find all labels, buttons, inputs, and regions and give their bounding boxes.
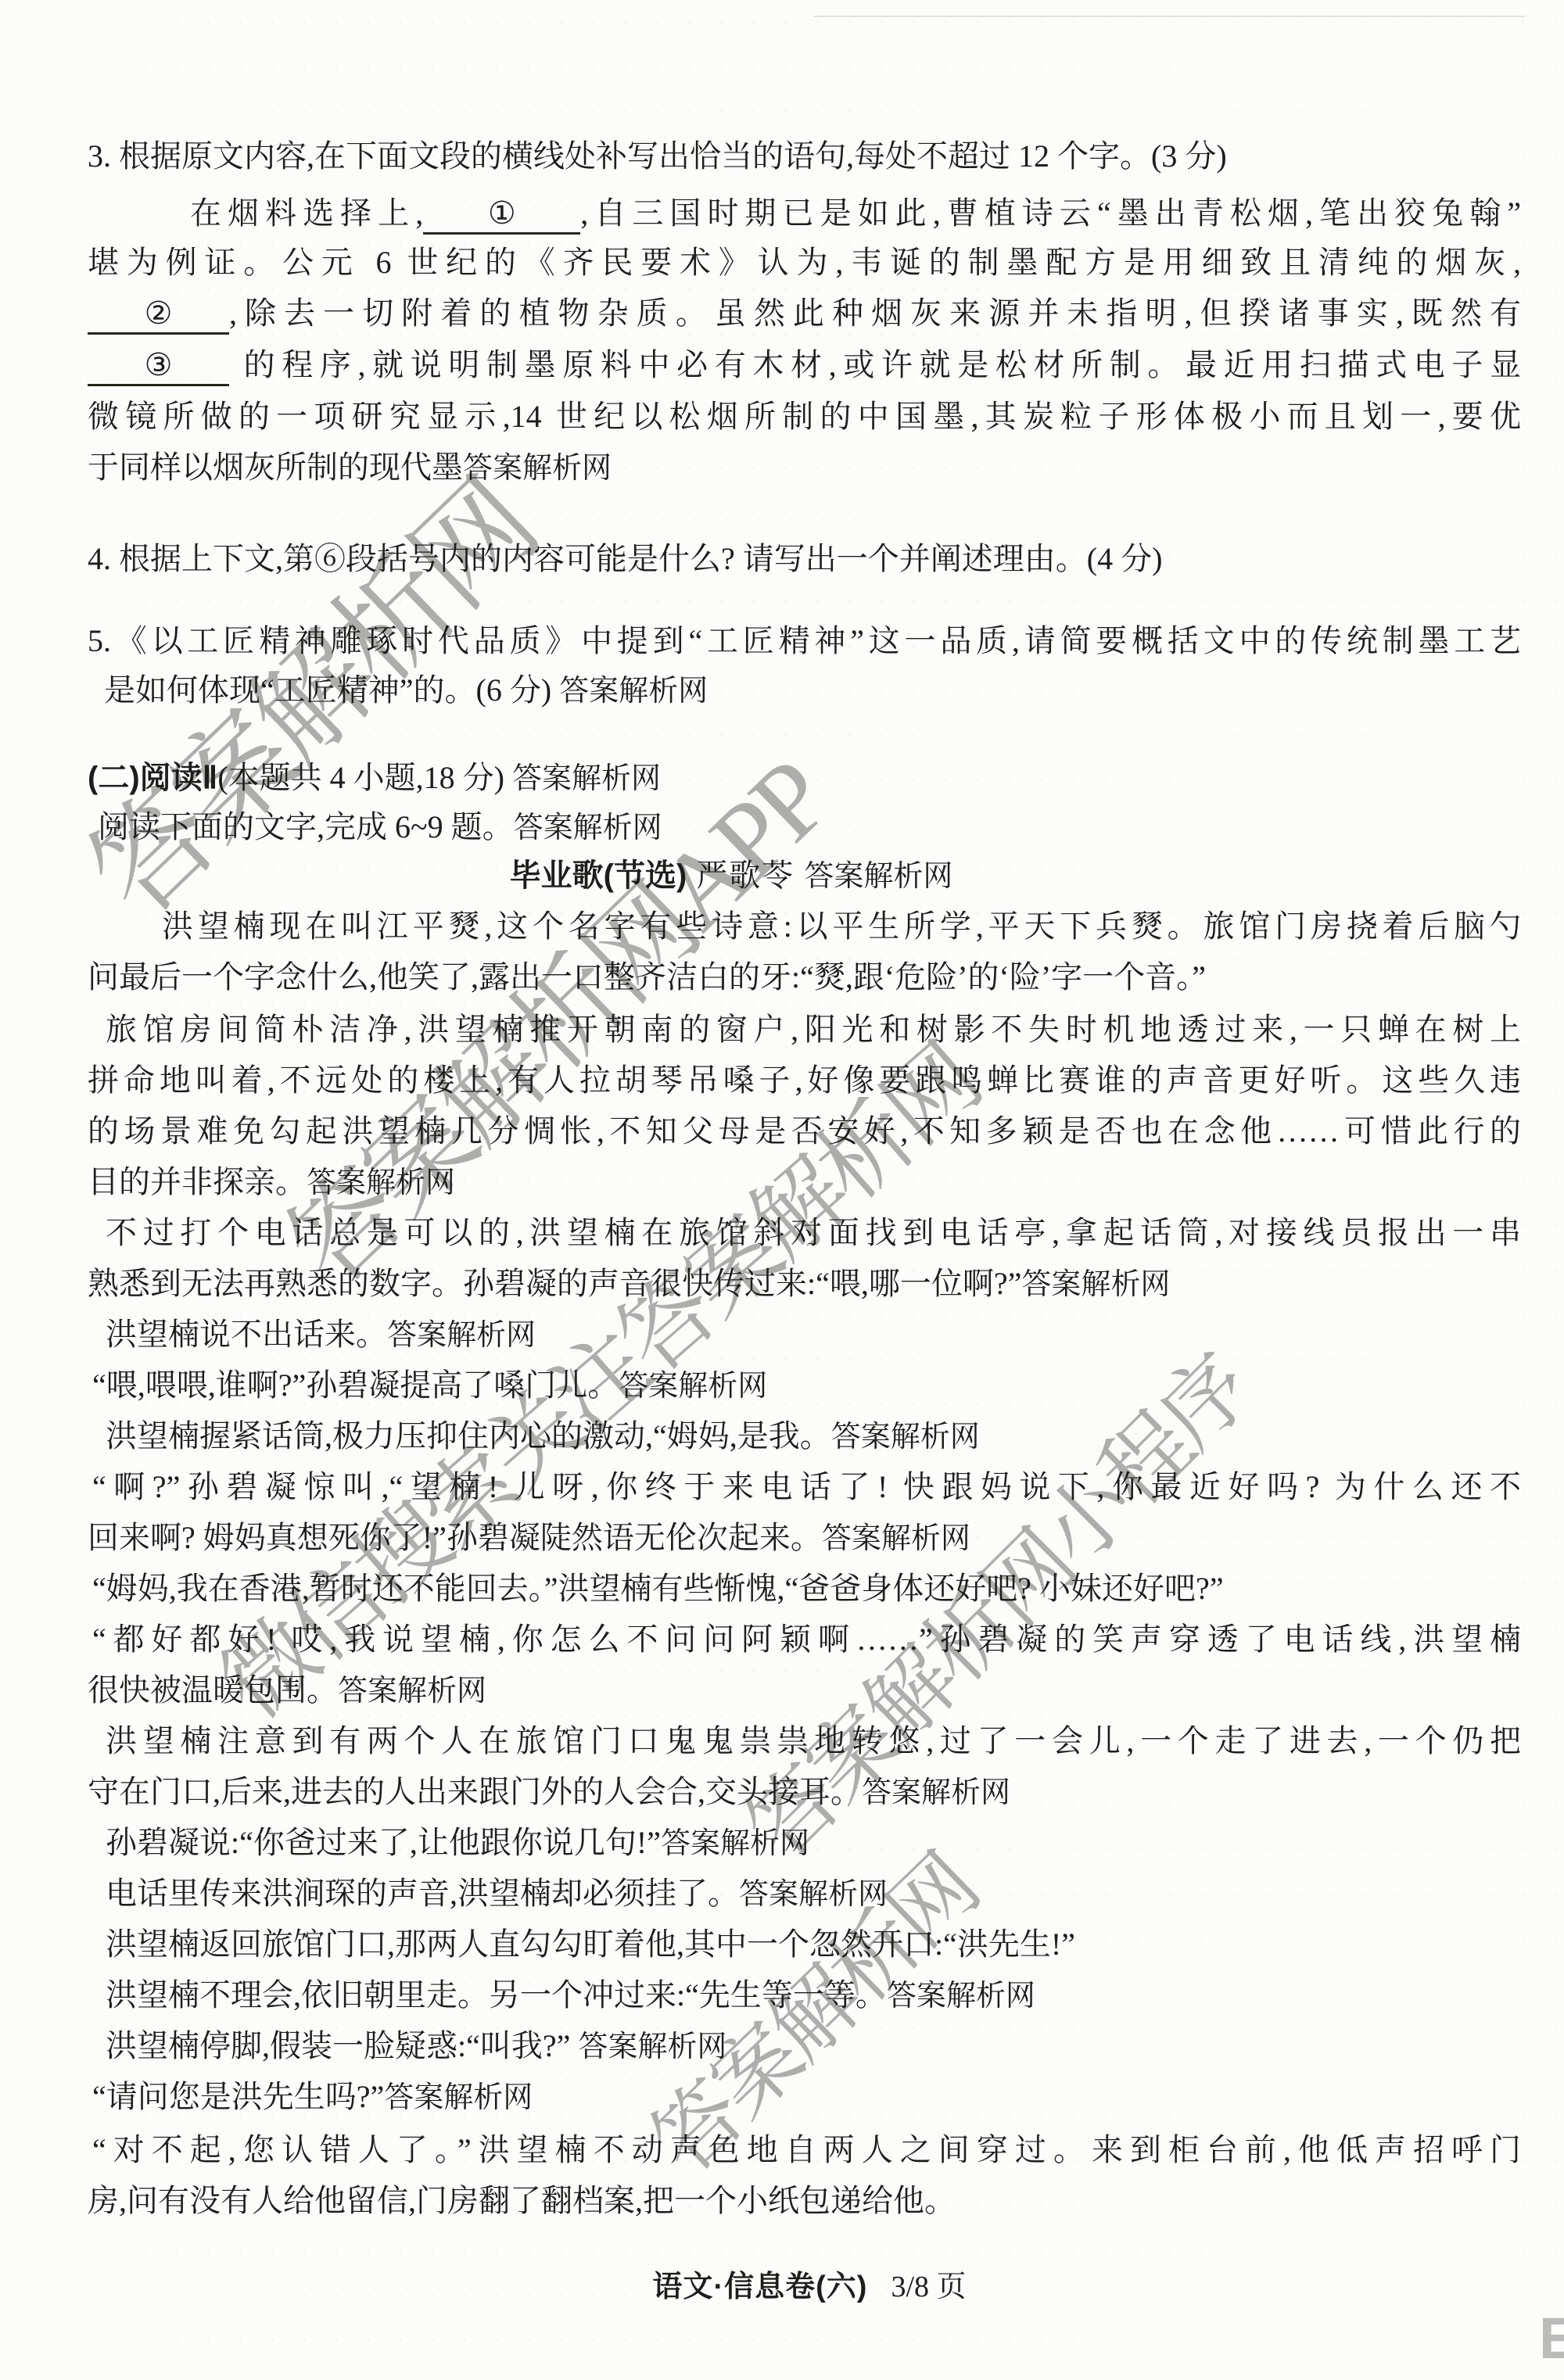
footer-title: 语文·信息卷(六): [652, 2271, 867, 2303]
text-line: “姆妈,我在香港,暂时还不能回去。”洪望楠有些惭愧,“爸爸身体还好吧? 小妹还好…: [92, 1568, 1224, 1609]
inline-watermark-text: 答案解析网: [822, 1522, 970, 1555]
inline-watermark-text: 答案解析网: [887, 1980, 1035, 2013]
text-segment: 洪望楠不理会,依旧朝里走。另一个冲过来:“先生等一等。: [106, 1977, 887, 2013]
text-line: “喂,喂喂,谁啊?”孙碧凝提高了嗓门儿。答案解析网: [92, 1365, 767, 1407]
text-line: ②,除去一切附着的植物杂质。虽然此种烟灰来源并未指明,但揆诸事实,既然有: [88, 293, 1521, 335]
text-line: 微镜所做的一项研究显示,14 世纪以松烟所制的中国墨,其炭粒子形体极小而且划一,…: [88, 396, 1521, 437]
inline-watermark-text: 答案解析网: [512, 762, 661, 795]
text-segment: (二)阅读Ⅱ: [88, 761, 217, 795]
text-segment: 洪望楠返回旅馆门口,那两人直勾勾盯着他,其中一个忽然开口:“洪先生!”: [106, 1927, 1075, 1962]
inline-watermark-text: 答案解析网: [578, 2031, 726, 2063]
text-line: 拼命地叫着,不远处的楼上,有人拉胡琴吊嗓子,好像要跟鸣蝉比赛谁的声音更好听。这些…: [88, 1060, 1521, 1101]
text-line: 电话里传来洪涧琛的声音,洪望楠却必须挂了。答案解析网: [106, 1873, 888, 1915]
text-line: 洪望楠握紧话筒,极力压抑住内心的激动,“姆妈,是我。答案解析网: [106, 1416, 980, 1457]
text-line: 很快被温暖包围。答案解析网: [88, 1670, 486, 1712]
text-line: “啊?”孙碧凝惊叫,“望楠! 儿呀,你终于来电话了! 快跟妈说下,你最近好吗? …: [92, 1467, 1521, 1507]
text-segment: 于同样以烟灰所制的现代墨: [88, 450, 463, 485]
text-line: 洪望楠说不出话来。答案解析网: [106, 1314, 536, 1356]
text-line: (二)阅读Ⅱ(本题共 4 小题,18 分) 答案解析网: [88, 758, 661, 799]
text-segment: “啊?”孙碧凝惊叫,“望楠! 儿呀,你终于来电话了! 快跟妈说下,你最近好吗? …: [92, 1469, 1521, 1504]
inline-watermark-text: 答案解析网: [804, 860, 952, 893]
text-segment: “都好都好! 哎,我说望楠,你怎么不问问阿颖啊……”孙碧凝的笑声穿透了电话线,洪…: [92, 1622, 1521, 1657]
text-line: ③ 的程序,就说明制墨原料中必有木材,或许就是松材所制。最近用扫描式电子显: [88, 345, 1521, 386]
text-line: 洪望楠注意到有两个人在旅馆门口鬼鬼祟祟地转悠,过了一会儿,一个走了进去,一个仍把: [106, 1721, 1521, 1762]
text-segment: ,自三国时期已是如此,曹植诗云“墨出青松烟,笔出狡兔翰”: [580, 195, 1521, 231]
text-segment: 4. 根据上下文,第⑥段括号内的内容可能是什么? 请写出一个并阐述理由。(4 分…: [88, 541, 1162, 576]
text-line: 阅读下面的文字,完成 6~9 题。答案解析网: [98, 807, 662, 848]
text-layer: 3. 根据原文内容,在下面文段的横线处补写出恰当的语句,每处不超过 12 个字。…: [0, 0, 1564, 2380]
text-segment: 是如何体现“工匠精神”的。(6 分): [104, 672, 559, 708]
inline-watermark-text: 答案解析网: [514, 812, 662, 844]
text-line: 守在门口,后来,进去的人出来跟门外的人会合,交头接耳。答案解析网: [88, 1772, 1010, 1813]
text-segment: 目的并非探亲。: [88, 1164, 307, 1199]
inline-watermark-text: 答案解析网: [384, 2081, 533, 2114]
text-segment: 电话里传来洪涧琛的声音,洪望楠却必须挂了。: [106, 1876, 739, 1911]
inline-watermark-text: 答案解析网: [559, 675, 708, 708]
text-line: 房,问有没有人给他留信,门房翻了翻档案,把一个小纸包递给他。: [88, 2181, 956, 2221]
text-segment: 洪望楠现在叫江平燹,这个名字有些诗意:以平生所学,平天下兵燹。旅馆门房挠着后脑勺: [162, 909, 1521, 944]
text-line: 回来啊? 姆妈真想死你了!”孙碧凝陡然语无伦次起来。答案解析网: [88, 1518, 970, 1559]
blank-underline: ③: [88, 348, 229, 386]
text-line: “都好都好! 哎,我说望楠,你怎么不问问阿颖啊……”孙碧凝的笑声穿透了电话线,洪…: [92, 1619, 1521, 1660]
inline-watermark-text: 答案解析网: [831, 1421, 980, 1453]
text-segment: 毕业歌(节选): [510, 858, 687, 893]
text-line: “请问您是洪先生吗?”答案解析网: [92, 2077, 533, 2118]
text-segment: 守在门口,后来,进去的人出来跟门外的人会合,交头接耳。: [88, 1774, 862, 1809]
corner-scan-mark: E: [1539, 2305, 1564, 2371]
text-line: 毕业歌(节选) 严歌苓 答案解析网: [0, 855, 1462, 897]
text-line: 旅馆房间简朴洁净,洪望楠推开朝南的窗户,阳光和树影不失时机地透过来,一只蝉在树上: [106, 1009, 1521, 1050]
inline-watermark-text: 答案解析网: [338, 1675, 486, 1708]
text-line: 孙碧凝说:“你爸过来了,让他跟你说几句!”答案解析网: [106, 1823, 809, 1864]
text-line: 于同样以烟灰所制的现代墨答案解析网: [88, 447, 612, 489]
text-line: 的场景难免勾起洪望楠几分惆怅,不知父母是否安好,不知多颖是否也在念他……可惜此行…: [88, 1111, 1521, 1152]
inline-watermark-text: 答案解析网: [463, 452, 612, 485]
inline-watermark-text: 答案解析网: [1021, 1268, 1170, 1301]
inline-watermark-text: 答案解析网: [661, 1827, 809, 1860]
text-line: 熟悉到无法再熟悉的数字。孙碧凝的声音很快传过来:“喂,哪一位啊?”答案解析网: [88, 1263, 1170, 1305]
text-line: 洪望楠停脚,假装一脸疑惑:“叫我?” 答案解析网: [106, 2026, 726, 2067]
inline-watermark-text: 答案解析网: [387, 1319, 536, 1352]
page-footer: 语文·信息卷(六)3/8 页: [0, 2262, 1564, 2305]
text-segment: “对不起,您认错人了。”洪望楠不动声色地自两人之间穿过。来到柜台前,他低声招呼门: [92, 2132, 1521, 2167]
text-segment: “喂,喂喂,谁啊?”孙碧凝提高了嗓门儿。: [92, 1367, 619, 1403]
text-segment: “姆妈,我在香港,暂时还不能回去。”洪望楠有些惭愧,“爸爸身体还好吧? 小妹还好…: [92, 1571, 1224, 1606]
text-segment: 很快被温暖包围。: [88, 1672, 338, 1708]
text-segment: 旅馆房间简朴洁净,洪望楠推开朝南的窗户,阳光和树影不失时机地透过来,一只蝉在树上: [106, 1012, 1521, 1047]
text-line: 洪望楠返回旅馆门口,那两人直勾勾盯着他,其中一个忽然开口:“洪先生!”: [106, 1924, 1075, 1965]
text-segment: 不过打个电话总是可以的,洪望楠在旅馆斜对面找到电话亭,拿起话筒,对接线员报出一串: [106, 1215, 1521, 1250]
text-segment: 孙碧凝说:“你爸过来了,让他跟你说几句!”: [106, 1825, 661, 1860]
text-segment: (本题共 4 小题,18 分): [217, 760, 512, 795]
text-segment: 洪望楠停脚,假装一脸疑惑:“叫我?”: [106, 2028, 578, 2063]
text-line: 目的并非探亲。答案解析网: [88, 1162, 455, 1203]
exam-page: 答案解析网答案解析网APP微信搜索关注答案解析网答案解析网小程序答案解析网 3.…: [0, 0, 1564, 2380]
text-segment: 阅读下面的文字,完成 6~9 题。: [98, 809, 514, 844]
text-line: 在烟料选择上,①,自三国时期已是如此,曹植诗云“墨出青松烟,笔出狡兔翰”: [190, 193, 1521, 235]
text-segment: 的场景难免勾起洪望楠几分惆怅,不知父母是否安好,不知多颖是否也在念他……可惜此行…: [88, 1113, 1521, 1149]
text-line: 不过打个电话总是可以的,洪望楠在旅馆斜对面找到电话亭,拿起话筒,对接线员报出一串: [106, 1213, 1521, 1253]
blank-underline: ①: [423, 196, 580, 235]
text-segment: 拼命地叫着,不远处的楼上,有人拉胡琴吊嗓子,好像要跟鸣蝉比赛谁的声音更好听。这些…: [88, 1063, 1521, 1098]
inline-watermark-text: 答案解析网: [307, 1167, 455, 1199]
text-segment: 堪为例证。公元 6 世纪的《齐民要术》认为,韦诞的制墨配方是用细致且清纯的烟灰,: [88, 245, 1521, 280]
text-segment: 的程序,就说明制墨原料中必有木材,或许就是松材所制。最近用扫描式电子显: [229, 347, 1521, 382]
text-line: 4. 根据上下文,第⑥段括号内的内容可能是什么? 请写出一个并阐述理由。(4 分…: [88, 539, 1162, 579]
text-segment: 洪望楠说不出话来。: [106, 1317, 387, 1352]
text-line: “对不起,您认错人了。”洪望楠不动声色地自两人之间穿过。来到柜台前,他低声招呼门: [92, 2130, 1521, 2170]
text-line: 是如何体现“工匠精神”的。(6 分) 答案解析网: [104, 670, 708, 711]
footer-page-number: 3/8 页: [891, 2271, 966, 2303]
text-segment: 回来啊? 姆妈真想死你了!”孙碧凝陡然语无伦次起来。: [88, 1520, 822, 1555]
text-line: 洪望楠不理会,依旧朝里走。另一个冲过来:“先生等一等。答案解析网: [106, 1975, 1035, 2016]
text-segment: 熟悉到无法再熟悉的数字。孙碧凝的声音很快传过来:“喂,哪一位啊?”: [88, 1266, 1021, 1301]
text-line: 堪为例证。公元 6 世纪的《齐民要术》认为,韦诞的制墨配方是用细致且清纯的烟灰,: [88, 242, 1521, 283]
text-segment: 在烟料选择上,: [190, 195, 423, 231]
text-segment: “请问您是洪先生吗?”: [92, 2079, 384, 2114]
text-segment: 严歌苓: [687, 858, 804, 893]
text-line: 洪望楠现在叫江平燹,这个名字有些诗意:以平生所学,平天下兵燹。旅馆门房挠着后脑勺: [162, 906, 1521, 947]
text-segment: 洪望楠注意到有两个人在旅馆门口鬼鬼祟祟地转悠,过了一会儿,一个走了进去,一个仍把: [106, 1723, 1521, 1758]
text-line: 问最后一个字念什么,他笑了,露出一口整齐洁白的牙:“燹,跟‘危险’的‘险’字一个…: [88, 957, 1206, 998]
text-segment: 5.《以工匠精神雕琢时代品质》中提到“工匠精神”这一品质,请简要概括文中的传统制…: [88, 623, 1521, 658]
text-line: 3. 根据原文内容,在下面文段的横线处补写出恰当的语句,每处不超过 12 个字。…: [88, 136, 1227, 177]
blank-underline: ②: [88, 296, 229, 335]
text-segment: 房,问有没有人给他留信,门房翻了翻档案,把一个小纸包递给他。: [88, 2183, 956, 2218]
text-segment: ,除去一切附着的植物杂质。虽然此种烟灰来源并未指明,但揆诸事实,既然有: [229, 296, 1521, 331]
text-segment: 洪望楠握紧话筒,极力压抑住内心的激动,“姆妈,是我。: [106, 1418, 831, 1453]
text-line: 5.《以工匠精神雕琢时代品质》中提到“工匠精神”这一品质,请简要概括文中的传统制…: [88, 621, 1521, 661]
inline-watermark-text: 答案解析网: [862, 1776, 1010, 1809]
inline-watermark-text: 答案解析网: [739, 1878, 888, 1911]
text-segment: 微镜所做的一项研究显示,14 世纪以松烟所制的中国墨,其炭粒子形体极小而且划一,…: [88, 399, 1521, 434]
inline-watermark-text: 答案解析网: [619, 1370, 767, 1403]
text-segment: 3. 根据原文内容,在下面文段的横线处补写出恰当的语句,每处不超过 12 个字。…: [88, 138, 1227, 174]
text-segment: 问最后一个字念什么,他笑了,露出一口整齐洁白的牙:“燹,跟‘危险’的‘险’字一个…: [88, 959, 1206, 995]
